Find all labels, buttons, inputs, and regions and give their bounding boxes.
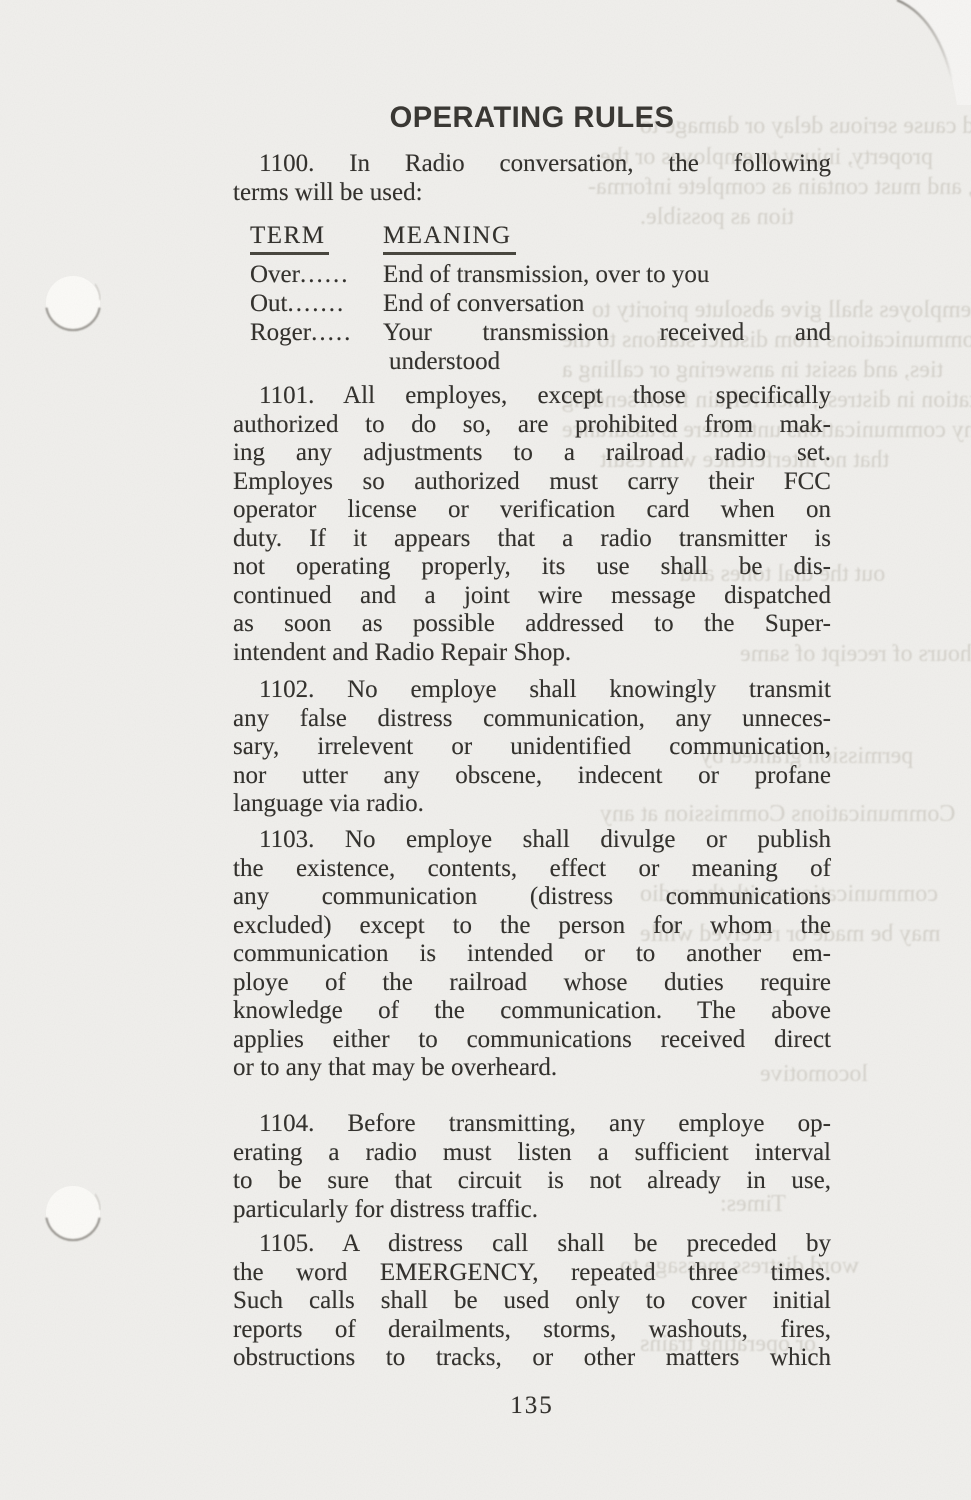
text-line: any false distress communication, any un… [233,705,831,734]
text-line: continued and a joint wire message dispa… [233,582,831,611]
rule-paragraph-1102: 1102. No employe shall knowingly transmi… [233,676,831,819]
text-line: duty. If it appears that a radio transmi… [233,525,831,554]
text-line: terms will be used: [233,179,831,208]
dot-leader: ....... [288,290,346,317]
term-cell-empty [250,347,383,376]
text-line: operator license or verification card wh… [233,496,831,525]
meaning-cell: Your transmission received and [383,318,831,347]
dot-leader: ..... [311,319,352,346]
term-table-header: TERM MEANING [250,222,831,255]
table-row: Over...... End of transmission, over to … [250,260,831,289]
rule-paragraph-1103: 1103. No employe shall divulge or publis… [233,826,831,1083]
rule-paragraph-1104: 1104. Before transmitting, any employe o… [233,1110,831,1224]
meaning-cell: End of transmission, over to you [383,260,831,289]
text-line: Such calls shall be used only to cover i… [233,1287,831,1316]
rule-paragraph-1105: 1105. A distress call shall be preceded … [233,1230,831,1373]
table-row: Roger..... Your transmission received an… [250,318,831,347]
term-cell: Roger..... [250,318,383,347]
text-line: intendent and Radio Repair Shop. [233,639,831,668]
text-line: applies either to communications receive… [233,1026,831,1055]
text-line: obstructions to tracks, or other matters… [233,1344,831,1373]
meaning-cell-continuation: understood [383,347,831,376]
term-cell: Out....... [250,289,383,318]
text-line: 1102. No employe shall knowingly transmi… [233,676,831,705]
rule-paragraph-1101: 1101. All employes, except those specifi… [233,382,831,667]
text-line: the word EMERGENCY, repeated three times… [233,1259,831,1288]
text-line: or to any that may be overheard. [233,1054,831,1083]
text-line: 1104. Before transmitting, any employe o… [233,1110,831,1139]
table-row: Out....... End of conversation [250,289,831,318]
text-line: reports of derailments, storms, washouts… [233,1316,831,1345]
text-line: particularly for distress traffic. [233,1196,831,1225]
rule-paragraph-1100: 1100. In Radio conversation, the followi… [233,150,831,207]
dot-leader: ...... [300,261,350,288]
text-line: to be sure that circuit is not already i… [233,1167,831,1196]
term-table: Over...... End of transmission, over to … [250,260,831,376]
text-line: as soon as possible addressed to the Sup… [233,610,831,639]
text-line: communication is intended or to another … [233,940,831,969]
text-line: sary, irrelevent or unidentified communi… [233,733,831,762]
term-cell: Over...... [250,260,383,289]
text-line: not operating properly, its use shall be… [233,553,831,582]
term-column-header: TERM [250,222,329,255]
page-number: 135 [233,1392,831,1420]
scanned-page: could cause serious delay or damage topr… [0,0,971,1500]
text-line: 1105. A distress call shall be preceded … [233,1230,831,1259]
text-line: the existence, contents, effect or meani… [233,855,831,884]
text-line: 1100. In Radio conversation, the followi… [233,150,831,179]
text-line: nor utter any obscene, indecent or profa… [233,762,831,791]
text-line: excluded) except to the person for whom … [233,912,831,941]
text-line: authorized to do so, are prohibited from… [233,411,831,440]
text-line: ing any adjustments to a railroad radio … [233,439,831,468]
meaning-column-header: MEANING [383,222,516,255]
text-line: language via radio. [233,790,831,819]
text-line: ploye of the railroad whose duties requi… [233,969,831,998]
text-line: 1101. All employes, except those specifi… [233,382,831,411]
text-line: any communication (distress communicatio… [233,883,831,912]
table-row: understood [250,347,831,376]
page-title: OPERATING RULES [242,101,822,135]
text-line: knowledge of the communication. The abov… [233,997,831,1026]
text-line: erating a radio must listen a sufficient… [233,1139,831,1168]
meaning-cell: End of conversation [383,289,831,318]
text-line: 1103. No employe shall divulge or publis… [233,826,831,855]
text-line: Employes so authorized must carry their … [233,468,831,497]
